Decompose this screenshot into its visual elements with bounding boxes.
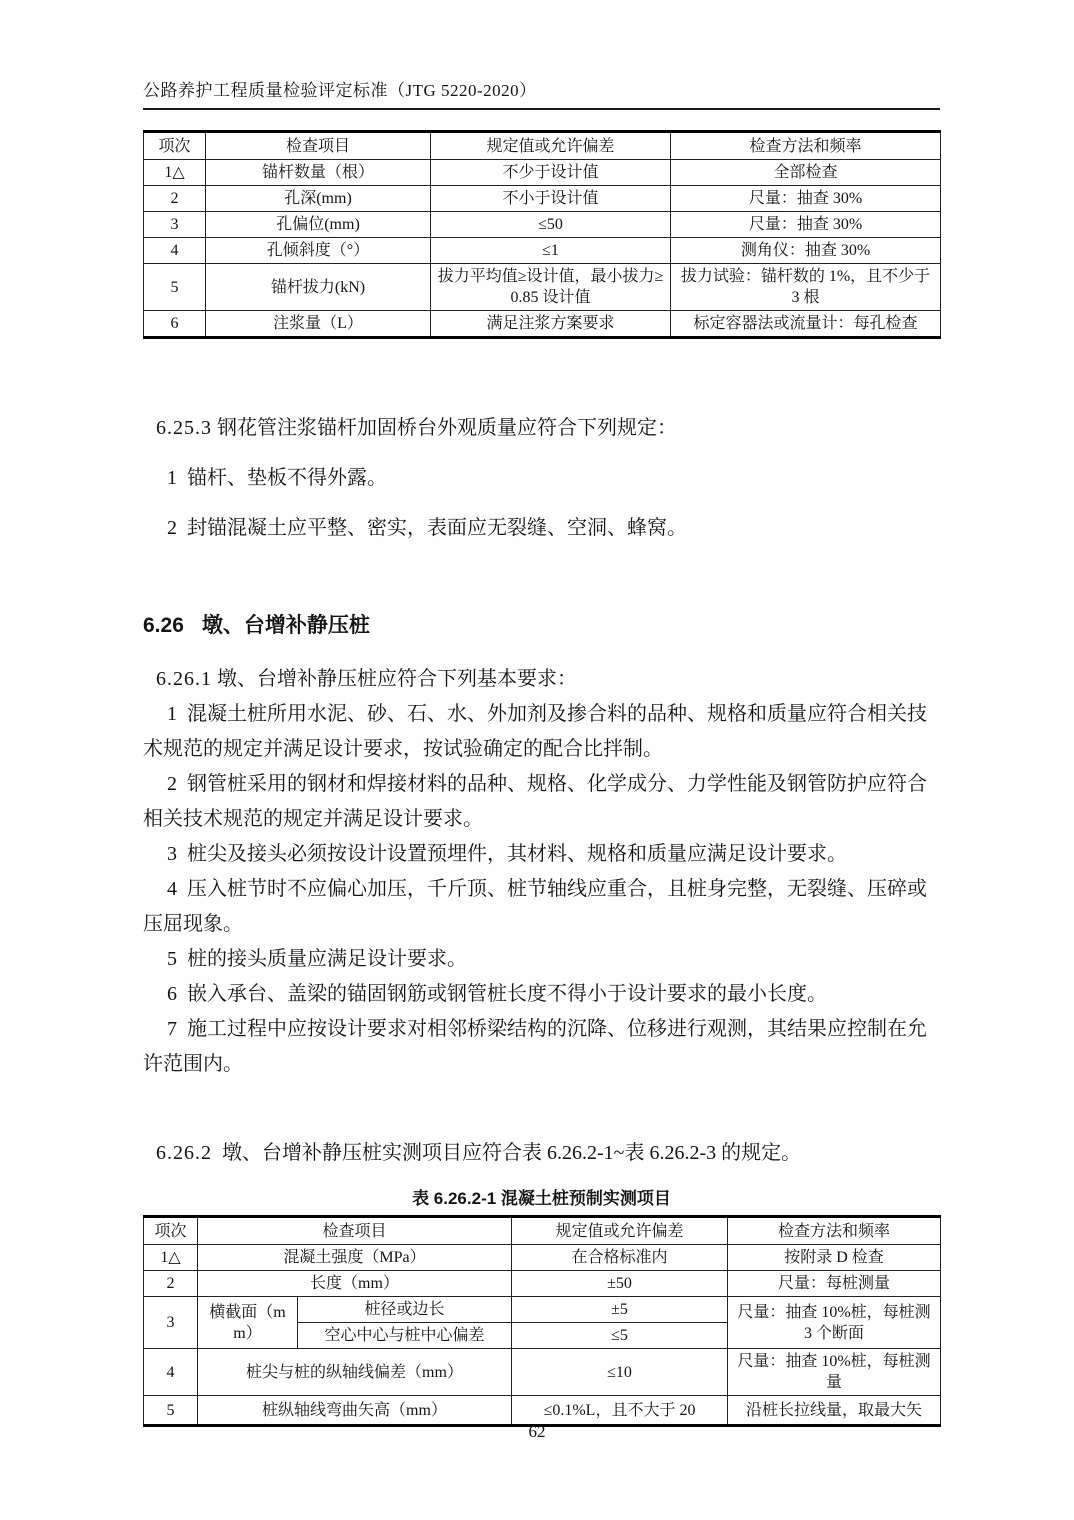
list-item: 4 压入桩节时不应偏心加压，千斤顶、桩节轴线应重合，且桩身完整，无裂缝、压碎或压… bbox=[143, 872, 940, 942]
section-heading-6-26: 6.26墩、台增补静压桩 bbox=[143, 612, 940, 640]
document-page: 公路养护工程质量检验评定标准（JTG 5220-2020） 项次 检查项目 规定… bbox=[0, 0, 1074, 1520]
section-number: 6.26.2 bbox=[156, 1142, 212, 1164]
list-item: 1 锚杆、垫板不得外露。 bbox=[143, 461, 940, 496]
section-number: 6.25.3 bbox=[156, 417, 212, 439]
table-cell: 尺量：抽查 10%桩，每桩测量 bbox=[728, 1349, 941, 1396]
table-cell: 拔力平均值≥设计值，最小拔力≥0.85 设计值 bbox=[431, 264, 671, 311]
list-item: 3 桩尖及接头必须按设计设置预埋件，其材料、规格和质量应满足设计要求。 bbox=[143, 837, 940, 872]
table-cell: 5 bbox=[144, 264, 206, 311]
table-row: 1△ 混凝土强度（MPa） 在合格标准内 按附录 D 检查 bbox=[144, 1245, 941, 1271]
table-cell: 桩尖与桩的纵轴线偏差（mm） bbox=[198, 1349, 512, 1396]
column-header: 检查方法和频率 bbox=[728, 1217, 941, 1245]
table-cell: 沿桩长拉线量，取最大矢 bbox=[728, 1396, 941, 1426]
running-header: 公路养护工程质量检验评定标准（JTG 5220-2020） bbox=[143, 76, 940, 110]
table-cell: ≤0.1%L，且不大于 20 bbox=[512, 1396, 728, 1426]
list-item: 6 嵌入承台、盖梁的锚固钢筋或钢管桩长度不得小于设计要求的最小长度。 bbox=[143, 977, 940, 1012]
table-cell: 不小于设计值 bbox=[431, 186, 671, 212]
table-cell: 3 bbox=[144, 1297, 198, 1349]
table-cell: 注浆量（L） bbox=[206, 311, 431, 338]
table-cell: ±5 bbox=[512, 1297, 728, 1323]
table-cell: ≤1 bbox=[431, 238, 671, 264]
table-cell: 3 bbox=[144, 212, 206, 238]
column-header: 项次 bbox=[144, 132, 206, 160]
table-cell: 混凝土强度（MPa） bbox=[198, 1245, 512, 1271]
table-row: 3 横截面（mm） 桩径或边长 ±5 尺量：抽查 10%桩，每桩测 3 个断面 bbox=[144, 1297, 941, 1323]
table-cell: 桩径或边长 bbox=[298, 1297, 512, 1323]
table-cell: 尺量：每桩测量 bbox=[728, 1271, 941, 1297]
column-header: 检查项目 bbox=[206, 132, 431, 160]
concrete-pile-inspection-table: 项次 检查项目 规定值或允许偏差 检查方法和频率 1△ 混凝土强度（MPa） 在… bbox=[143, 1215, 941, 1427]
list-item: 2 钢管桩采用的钢材和焊接材料的品种、规格、化学成分、力学性能及钢管防护应符合相… bbox=[143, 767, 940, 837]
table-cell: 2 bbox=[144, 186, 206, 212]
section-6-26-2: 6.26.2 墩、台增补静压桩实测项目应符合表 6.26.2-1~表 6.26.… bbox=[143, 1136, 940, 1171]
table-cell: 尺量：抽查 10%桩，每桩测 3 个断面 bbox=[728, 1297, 941, 1349]
section-number: 6.26.1 bbox=[156, 668, 212, 690]
table-cell: 5 bbox=[144, 1396, 198, 1426]
table-caption: 表 6.26.2-1 混凝土桩预制实测项目 bbox=[143, 1184, 940, 1209]
table-cell: 横截面（mm） bbox=[198, 1297, 298, 1349]
table-cell: 孔倾斜度（°） bbox=[206, 238, 431, 264]
table-cell: 4 bbox=[144, 1349, 198, 1396]
table-cell: 全部检查 bbox=[671, 160, 941, 186]
table-header-row: 项次 检查项目 规定值或允许偏差 检查方法和频率 bbox=[144, 1217, 941, 1245]
table-cell: 4 bbox=[144, 238, 206, 264]
page-number: 62 bbox=[0, 1422, 1074, 1442]
anchor-bolt-inspection-table: 项次 检查项目 规定值或允许偏差 检查方法和频率 1△ 锚杆数量（根） 不少于设… bbox=[143, 130, 941, 339]
table-cell: ≤5 bbox=[512, 1323, 728, 1349]
table-row: 4 桩尖与桩的纵轴线偏差（mm） ≤10 尺量：抽查 10%桩，每桩测量 bbox=[144, 1349, 941, 1396]
table-header-row: 项次 检查项目 规定值或允许偏差 检查方法和频率 bbox=[144, 132, 941, 160]
table-cell: 1△ bbox=[144, 1245, 198, 1271]
column-header: 项次 bbox=[144, 1217, 198, 1245]
table-cell: 长度（mm） bbox=[198, 1271, 512, 1297]
section-text: 墩、台增补静压桩实测项目应符合表 6.26.2-1~表 6.26.2-3 的规定… bbox=[212, 1142, 801, 1164]
table-cell: 2 bbox=[144, 1271, 198, 1297]
column-header: 检查项目 bbox=[198, 1217, 512, 1245]
section-text: 钢花管注浆锚杆加固桥台外观质量应符合下列规定： bbox=[212, 417, 677, 439]
table-cell: 尺量：抽查 30% bbox=[671, 186, 941, 212]
table-row: 2 长度（mm） ±50 尺量：每桩测量 bbox=[144, 1271, 941, 1297]
table-cell: 标定容器法或流量计：每孔检查 bbox=[671, 311, 941, 338]
table-cell: 测角仪：抽查 30% bbox=[671, 238, 941, 264]
table-row: 6 注浆量（L） 满足注浆方案要求 标定容器法或流量计：每孔检查 bbox=[144, 311, 941, 338]
table-cell: 拔力试验：锚杆数的 1%，且不少于 3 根 bbox=[671, 264, 941, 311]
table-row: 3 孔偏位(mm) ≤50 尺量：抽查 30% bbox=[144, 212, 941, 238]
table-row: 1△ 锚杆数量（根） 不少于设计值 全部检查 bbox=[144, 160, 941, 186]
list-item: 7 施工过程中应按设计要求对相邻桥梁结构的沉降、位移进行观测，其结果应控制在允许… bbox=[143, 1012, 940, 1082]
section-text: 墩、台增补静压桩应符合下列基本要求： bbox=[212, 668, 577, 690]
column-header: 检查方法和频率 bbox=[671, 132, 941, 160]
table-cell: 满足注浆方案要求 bbox=[431, 311, 671, 338]
heading-title: 墩、台增补静压桩 bbox=[202, 614, 370, 637]
column-header: 规定值或允许偏差 bbox=[512, 1217, 728, 1245]
table-cell: ≤10 bbox=[512, 1349, 728, 1396]
table-cell: 空心中心与桩中心偏差 bbox=[298, 1323, 512, 1349]
page-content: 公路养护工程质量检验评定标准（JTG 5220-2020） 项次 检查项目 规定… bbox=[143, 76, 940, 1427]
table-cell: 1△ bbox=[144, 160, 206, 186]
table-cell: 桩纵轴线弯曲矢高（mm） bbox=[198, 1396, 512, 1426]
table-row: 4 孔倾斜度（°） ≤1 测角仪：抽查 30% bbox=[144, 238, 941, 264]
table-row: 2 孔深(mm) 不小于设计值 尺量：抽查 30% bbox=[144, 186, 941, 212]
section-6-26-1: 6.26.1 墩、台增补静压桩应符合下列基本要求： bbox=[143, 662, 940, 697]
table-row: 5 桩纵轴线弯曲矢高（mm） ≤0.1%L，且不大于 20 沿桩长拉线量，取最大… bbox=[144, 1396, 941, 1426]
table-cell: 锚杆数量（根） bbox=[206, 160, 431, 186]
list-item: 1 混凝土桩所用水泥、砂、石、水、外加剂及掺合料的品种、规格和质量应符合相关技术… bbox=[143, 697, 940, 767]
table-cell: ±50 bbox=[512, 1271, 728, 1297]
table-cell: 按附录 D 检查 bbox=[728, 1245, 941, 1271]
table-cell: 孔深(mm) bbox=[206, 186, 431, 212]
table-cell: ≤50 bbox=[431, 212, 671, 238]
table-cell: 不少于设计值 bbox=[431, 160, 671, 186]
table-cell: 锚杆拔力(kN) bbox=[206, 264, 431, 311]
table-cell: 孔偏位(mm) bbox=[206, 212, 431, 238]
list-item: 2 封锚混凝土应平整、密实，表面应无裂缝、空洞、蜂窝。 bbox=[143, 511, 940, 546]
table-row: 5 锚杆拔力(kN) 拔力平均值≥设计值，最小拔力≥0.85 设计值 拔力试验：… bbox=[144, 264, 941, 311]
table-cell: 尺量：抽查 30% bbox=[671, 212, 941, 238]
heading-number: 6.26 bbox=[143, 614, 184, 637]
column-header: 规定值或允许偏差 bbox=[431, 132, 671, 160]
table-cell: 在合格标准内 bbox=[512, 1245, 728, 1271]
table-cell: 6 bbox=[144, 311, 206, 338]
list-item: 5 桩的接头质量应满足设计要求。 bbox=[143, 942, 940, 977]
section-6-25-3: 6.25.3 钢花管注浆锚杆加固桥台外观质量应符合下列规定： bbox=[143, 411, 940, 446]
